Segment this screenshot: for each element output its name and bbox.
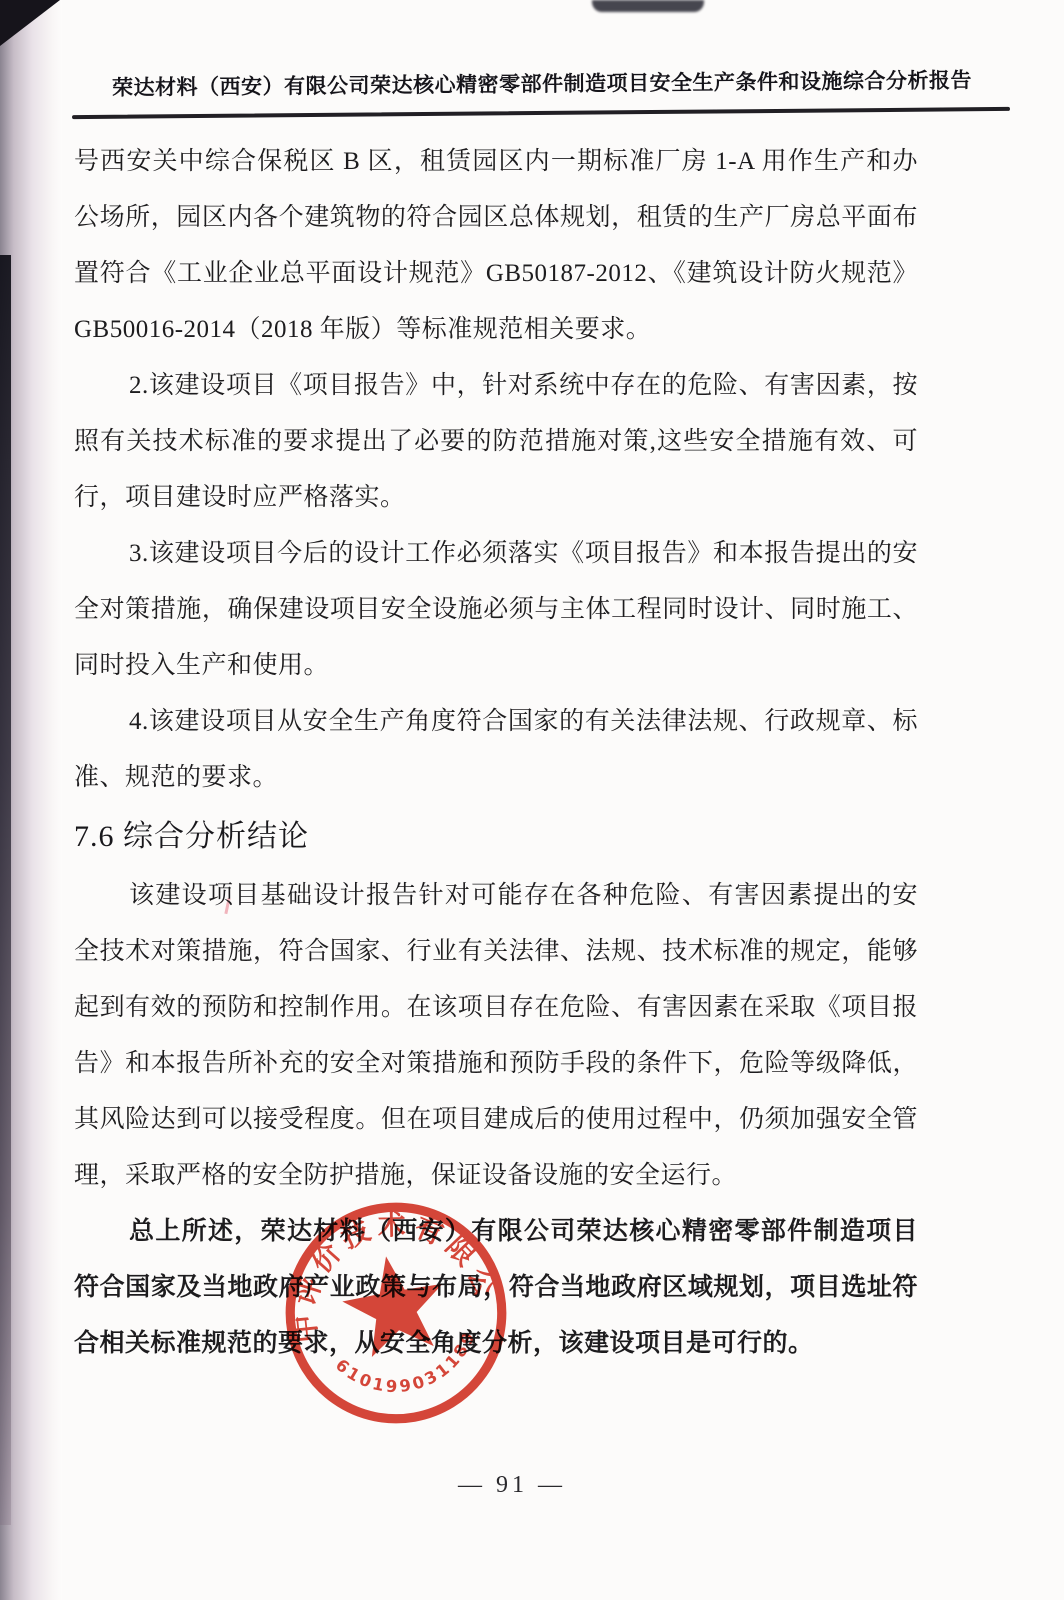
paragraph-item-2: 2.该建设项目《项目报告》中，针对系统中存在的危险、有害因素，按照有关技术标准的… — [74, 358, 918, 526]
paragraph-continuation: 号西安关中综合保税区 B 区，租赁园区内一期标准厂房 1-A 用作生产和办公场所… — [74, 134, 918, 358]
scanned-document-page: 荣达材料（西安）有限公司荣达核心精密零部件制造项目安全生产条件和设施综合分析报告… — [0, 0, 1064, 1600]
paragraph-item-4: 4.该建设项目从安全生产角度符合国家的有关法律法规、行政规章、标准、规范的要求。 — [74, 694, 918, 806]
seal-star-icon — [336, 1248, 453, 1361]
report-header-title: 荣达材料（西安）有限公司荣达核心精密零部件制造项目安全生产条件和设施综合分析报告 — [82, 64, 1002, 102]
page-number: — 91 — — [0, 1472, 1024, 1499]
section-heading-7-6: 7.6 综合分析结论 — [74, 806, 918, 868]
red-seal-stamp: 中评价技术有限公司 6101990311892 — [263, 1180, 529, 1446]
paragraph-conclusion-analysis: 该建设项目基础设计报告针对可能存在各种危险、有害因素提出的安全技术对策措施，符合… — [74, 868, 918, 1204]
scan-edge-strip — [0, 255, 11, 1525]
document-body: 号西安关中综合保税区 B 区，租赁园区内一期标准厂房 1-A 用作生产和办公场所… — [74, 134, 918, 1372]
paragraph-item-3: 3.该建设项目今后的设计工作必须落实《项目报告》和本报告提出的安全对策措施，确保… — [74, 526, 918, 694]
corner-fold-artifact — [0, 0, 60, 46]
scan-smudge — [592, 0, 704, 12]
header-underline — [72, 107, 1010, 119]
